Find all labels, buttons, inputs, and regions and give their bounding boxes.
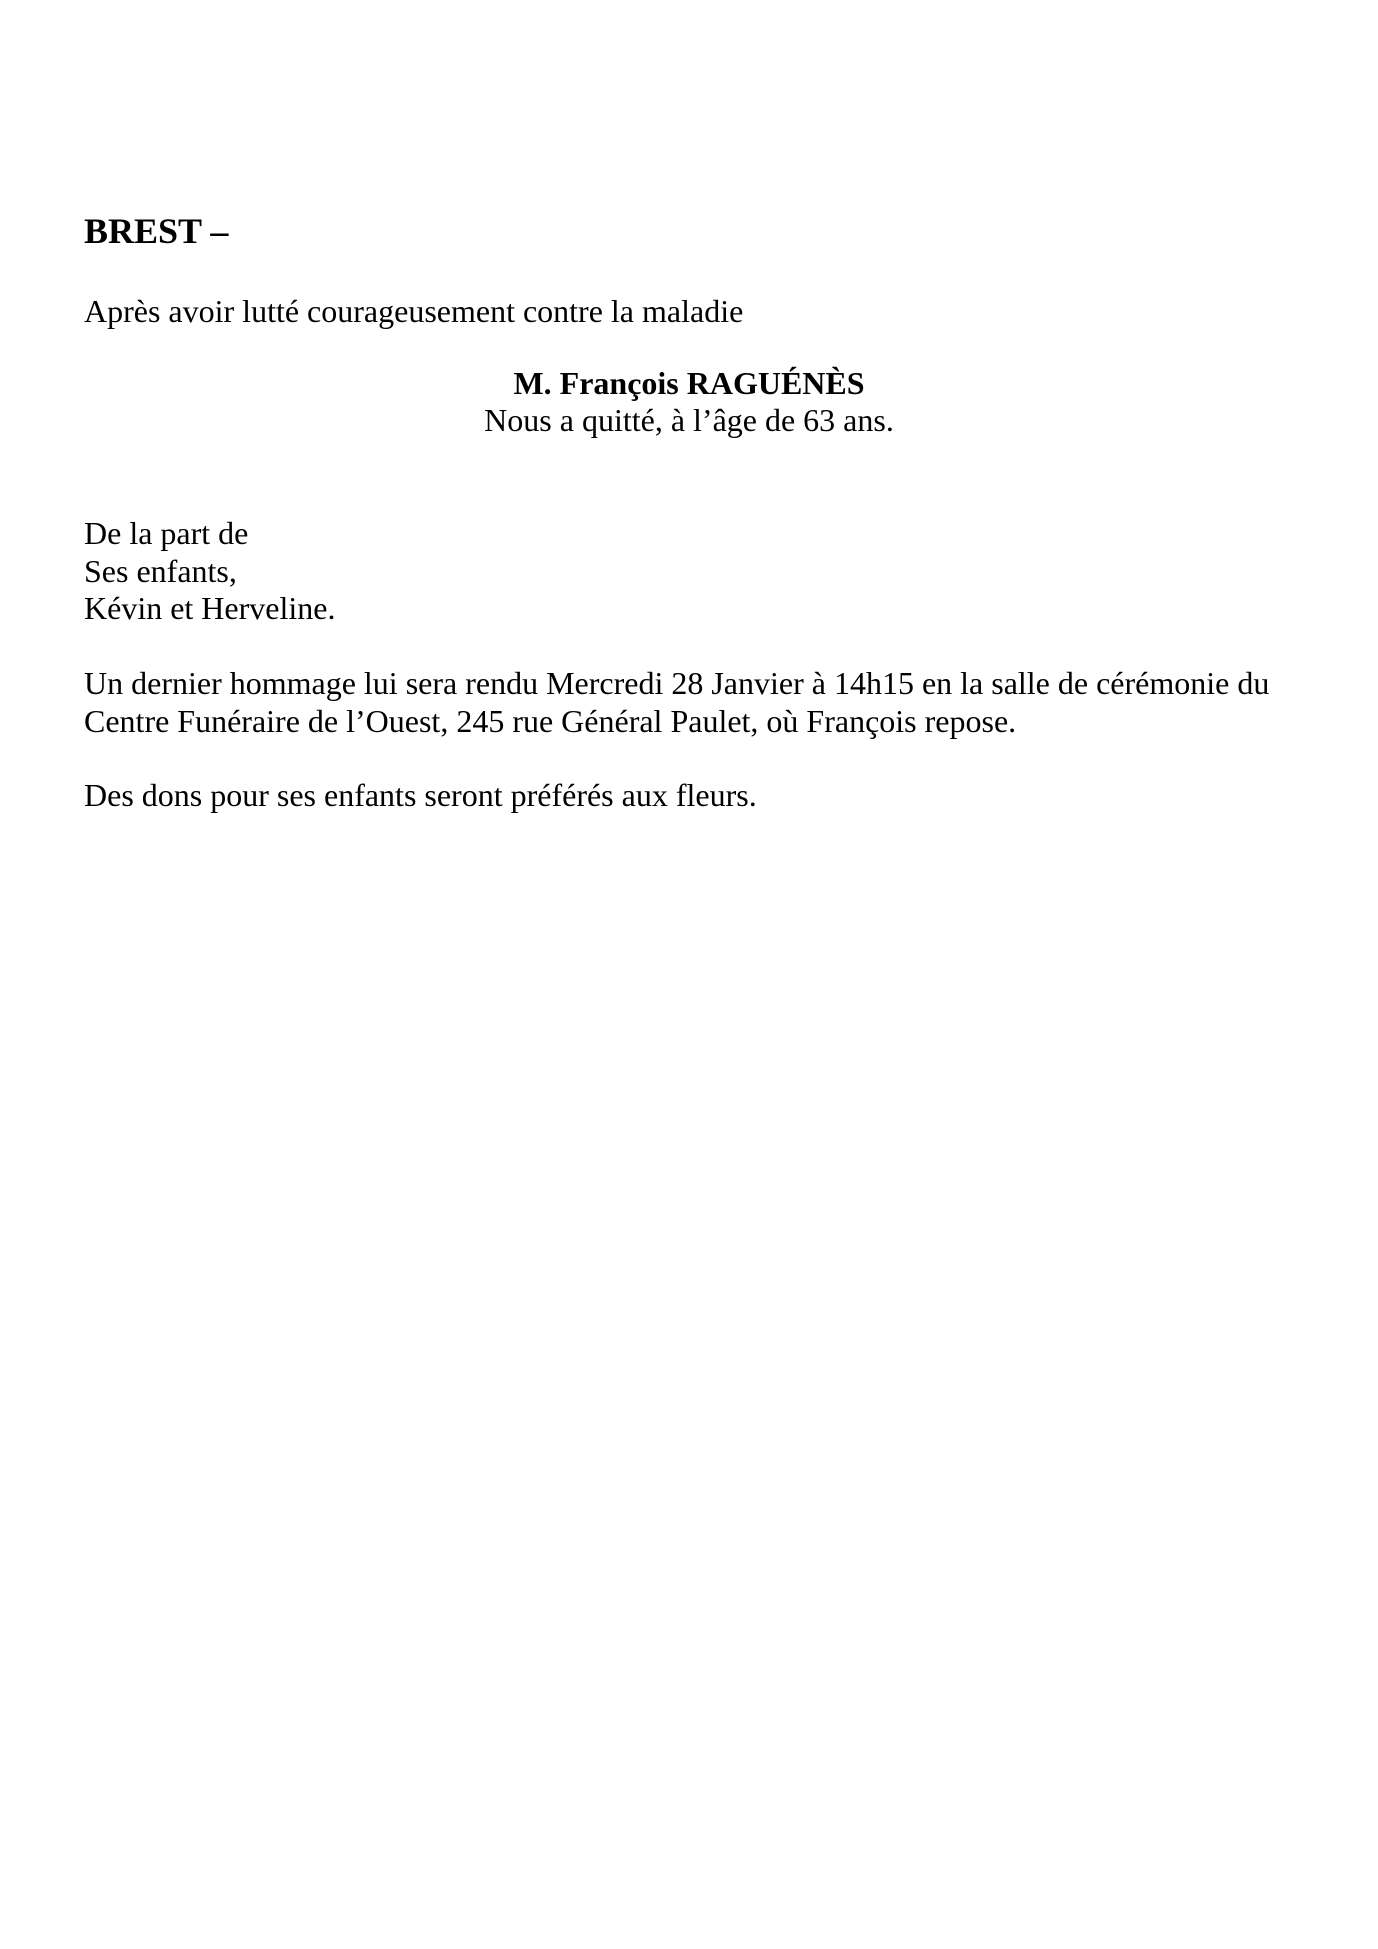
age-line: Nous a quitté, à l’âge de 63 ans. xyxy=(0,401,1378,439)
ceremony-line: Un dernier hommage lui sera rendu Mercre… xyxy=(84,664,1269,702)
location-heading: BREST – xyxy=(84,212,228,250)
intro-text: Après avoir lutté courageusement contre … xyxy=(84,292,743,330)
from-line: Kévin et Herveline. xyxy=(84,589,335,627)
donations-text: Des dons pour ses enfants seront préféré… xyxy=(84,776,757,814)
from-line: De la part de xyxy=(84,514,248,552)
ceremony-line: Centre Funéraire de l’Ouest, 245 rue Gén… xyxy=(84,702,1016,740)
deceased-name: M. François RAGUÉNÈS xyxy=(0,364,1378,402)
from-line: Ses enfants, xyxy=(84,552,237,590)
